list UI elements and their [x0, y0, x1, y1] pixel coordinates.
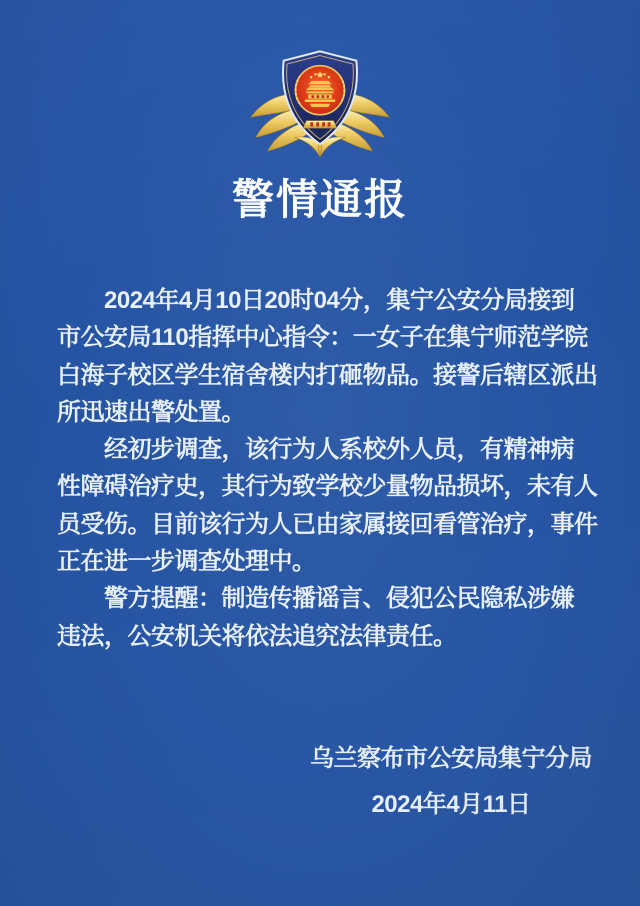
badge-ribbon [303, 121, 337, 129]
notice-body: 2024年4月10日20时04分，集宁公安分局接到 市公安局110指挥中心指令：… [57, 282, 604, 655]
police-badge-emblem [244, 46, 396, 158]
issuing-authority: 乌兰察布市公安局集宁分局 [310, 740, 592, 777]
issue-date: 2024年4月11日 [310, 786, 592, 823]
body-line: 2024年4月10日20时04分，集宁公安分局接到 [57, 282, 604, 319]
body-line: 白海子校区学生宿舍楼内打砸物品。接警后辖区派出 [57, 357, 604, 394]
notice-title: 警情通报 [0, 176, 640, 224]
body-line: 警方提醒：制造传播谣言、侵犯公民隐私涉嫌 [57, 580, 604, 617]
body-line: 市公安局110指挥中心指令：一女子在集宁师范学院 [57, 319, 604, 356]
signature-block: 乌兰察布市公安局集宁分局 2024年4月11日 [310, 740, 592, 823]
body-line: 所迅速出警处置。 [57, 394, 604, 431]
body-line: 性障碍治疗史，其行为致学校少量物品损坏，未有人 [57, 468, 604, 505]
body-line: 正在进一步调查处理中。 [57, 543, 604, 580]
body-line: 经初步调查，该行为人系校外人员，有精神病 [57, 431, 604, 468]
body-line: 违法，公安机关将依法追究法律责任。 [57, 618, 604, 655]
police-notice-poster: 警情通报 2024年4月10日20时04分，集宁公安分局接到 市公安局110指挥… [0, 0, 640, 906]
national-emblem-disc [296, 66, 345, 115]
body-line: 员受伤。目前该行为人已由家属接回看管治疗，事件 [57, 506, 604, 543]
